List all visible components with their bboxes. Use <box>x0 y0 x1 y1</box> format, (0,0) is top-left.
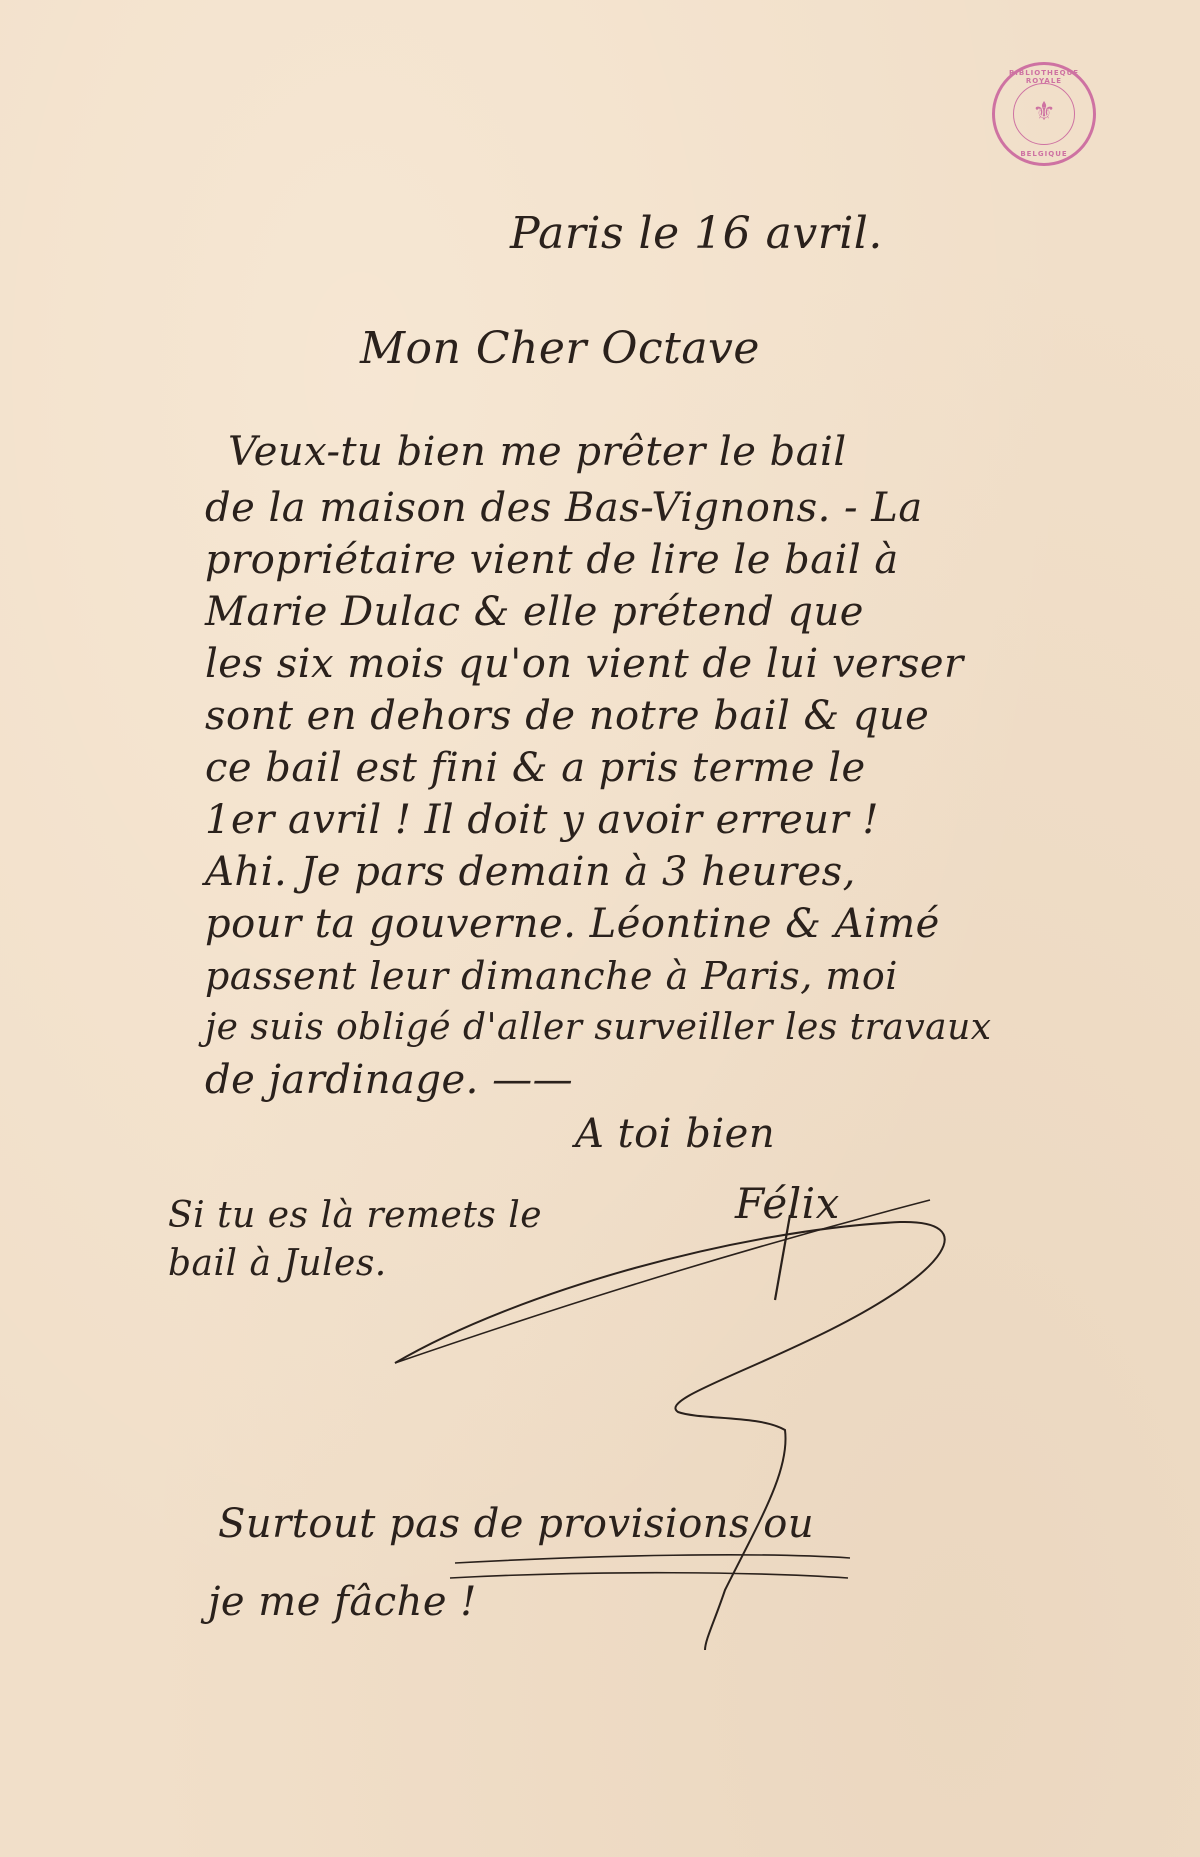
ps-underlined: pas de provisions <box>389 1501 750 1547</box>
ps-suffix: ou <box>750 1501 814 1547</box>
second-postscript-line-2: je me fâche ! <box>208 1578 477 1626</box>
second-postscript-line-1: Surtout pas de provisions ou <box>218 1500 814 1548</box>
ps-prefix: Surtout <box>218 1501 389 1547</box>
signature-flourish-icon <box>0 0 1200 1857</box>
